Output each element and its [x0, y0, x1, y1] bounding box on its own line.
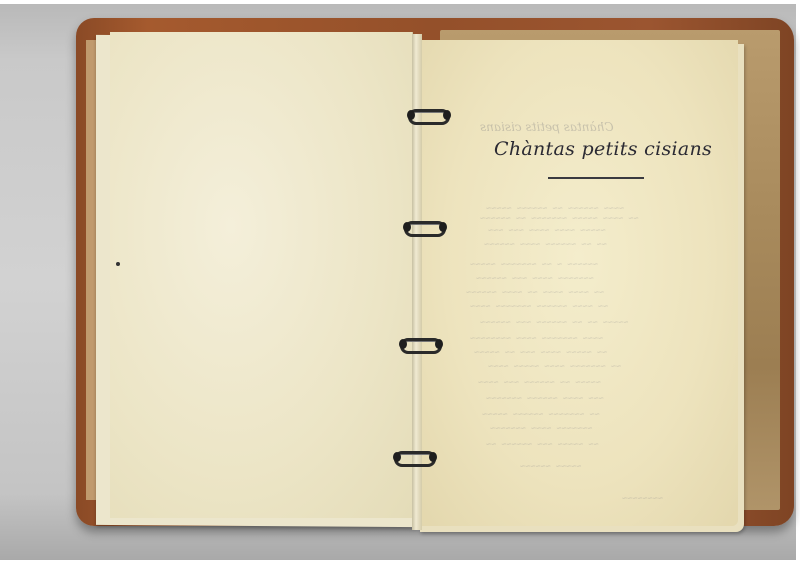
- bleed-through-line: ~~ ~~~~~~~ ~~~~ ~~~~~ ~~~~: [488, 362, 621, 372]
- handwritten-title: Chàntas petits cisians: [494, 138, 712, 160]
- bleed-through-line: ~~ ~~~~ ~~~~~ ~~~~~~~ ~~ ~~~~~~: [480, 214, 639, 224]
- bleed-through-line: ~~~~~~~~: [622, 494, 663, 504]
- bleed-through-line: ~~ ~~~~ ~~~~~~ ~~~~~~~ ~~~~: [470, 302, 608, 312]
- paper-speck: [116, 262, 120, 266]
- bleed-through-line: ~~ ~~ ~~~~~~ ~~~~ ~~~~~~: [484, 240, 607, 250]
- bleed-through-line: ~~~~~~~ ~~~~ ~~~~~~~: [490, 424, 592, 434]
- bleed-through-line: ~~~~~~ ~ ~~ ~~~~~~~ ~~~~~: [470, 260, 598, 270]
- binder-ring-4: [394, 451, 436, 467]
- bleed-through-line: ~~ ~~~~~ ~~~~ ~~~ ~~ ~~~~~: [474, 348, 607, 358]
- bleed-through-line: ~~~~ ~~~~~~~ ~~~~ ~~~~~~~~: [470, 334, 603, 344]
- binder-ring-3: [400, 338, 442, 354]
- bleed-through-title: Chàntas petits cisians: [480, 120, 614, 134]
- bleed-through-line: ~~ ~~~~ ~~~~ ~~ ~~~~ ~~~~~~: [466, 288, 604, 298]
- binder-ring-2: [404, 221, 446, 237]
- bleed-through-line: ~~~~ ~~~~~~ ~~ ~~~~~~ ~~~~~: [486, 204, 624, 214]
- bleed-through-line: ~~~~~ ~~~~ ~~~~ ~~~ ~~~: [488, 226, 606, 236]
- bleed-through-line: ~~~~~~~ ~~~~ ~~~ ~~~~~~: [476, 274, 594, 284]
- bleed-through-line: ~~ ~~~~~~~ ~~~~~~ ~~~~~: [482, 410, 600, 420]
- bleed-through-line: ~~~~~ ~~~~~~: [520, 462, 581, 472]
- title-underline: [548, 177, 644, 179]
- bleed-through-line: ~~~~~ ~~ ~~~~~~ ~~~ ~~~~: [478, 378, 601, 388]
- binder-ring-1: [408, 109, 450, 125]
- bleed-through-line: ~~ ~~~~~ ~~~ ~~~~~~ ~~: [486, 440, 599, 450]
- bleed-through-line: ~~~ ~~~~ ~~~~~~ ~~~~~~~: [486, 394, 604, 404]
- bleed-through-line: ~~~~~ ~~ ~~ ~~~~~~ ~~~ ~~~~~~: [480, 318, 628, 328]
- left-page-blank: [110, 32, 413, 518]
